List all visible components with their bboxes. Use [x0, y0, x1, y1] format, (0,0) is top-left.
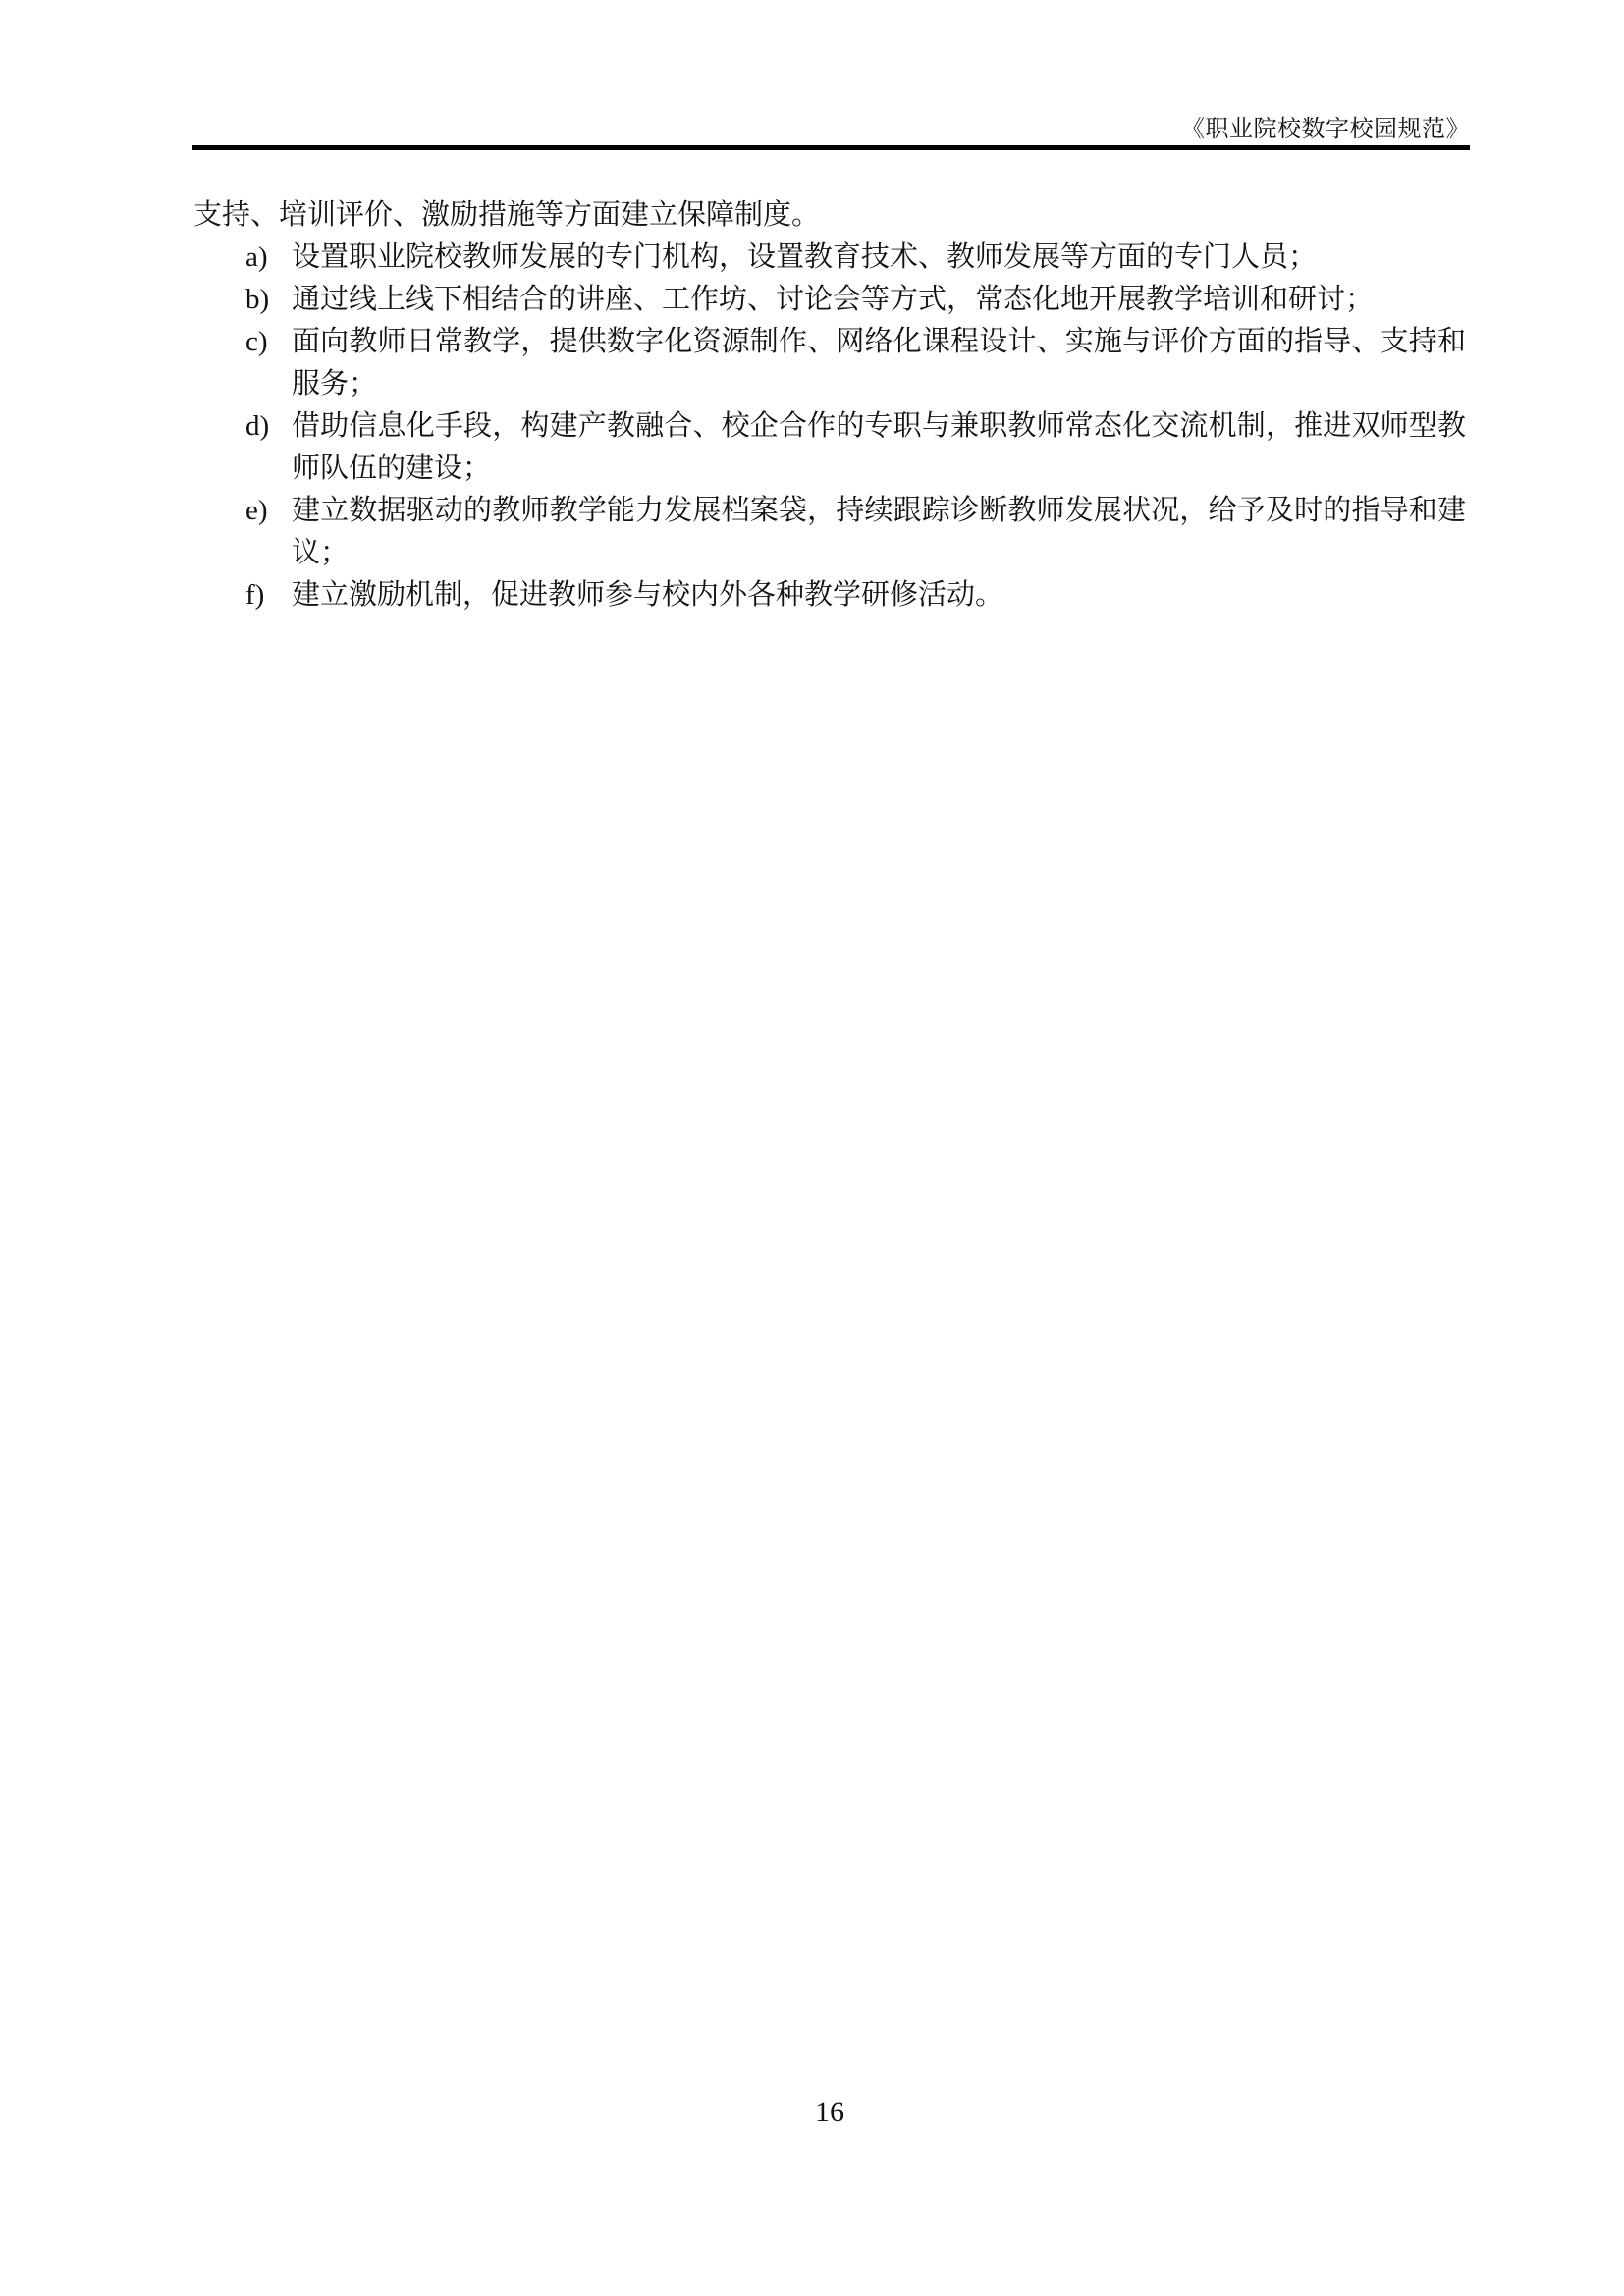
document-page: 《职业院校数字校园规范》 支持、培训评价、激励措施等方面建立保障制度。 a) 设…	[0, 0, 1624, 2296]
list-item: b) 通过线上线下相结合的讲座、工作坊、讨论会等方式，常态化地开展教学培训和研讨…	[193, 279, 1466, 321]
list-item-text: 通过线上线下相结合的讲座、工作坊、讨论会等方式，常态化地开展教学培训和研讨；	[292, 284, 1374, 315]
list-item: a) 设置职业院校教师发展的专门机构，设置教育技术、教师发展等方面的专门人员；	[193, 237, 1466, 279]
list-item-label: d)	[245, 405, 269, 448]
provision-list: a) 设置职业院校教师发展的专门机构，设置教育技术、教师发展等方面的专门人员； …	[193, 237, 1466, 616]
list-item: c) 面向教师日常教学，提供数字化资源制作、网络化课程设计、实施与评价方面的指导…	[193, 321, 1466, 405]
list-item: e) 建立数据驱动的教师教学能力发展档案袋，持续跟踪诊断教师发展状况，给予及时的…	[193, 490, 1466, 574]
list-item-text: 建立激励机制，促进教师参与校内外各种教学研修活动。	[292, 579, 1003, 611]
header-rule	[192, 145, 1470, 150]
list-item-text: 面向教师日常教学，提供数字化资源制作、网络化课程设计、实施与评价方面的指导、支持…	[292, 326, 1466, 400]
list-item-label: a)	[245, 237, 268, 279]
list-item: d) 借助信息化手段，构建产教融合、校企合作的专职与兼职教师常态化交流机制，推进…	[193, 405, 1466, 490]
page-content: 支持、培训评价、激励措施等方面建立保障制度。 a) 设置职业院校教师发展的专门机…	[193, 194, 1466, 616]
page-number: 16	[193, 2095, 1466, 2130]
list-item-text: 借助信息化手段，构建产教融合、校企合作的专职与兼职教师常态化交流机制，推进双师型…	[292, 410, 1466, 484]
intro-paragraph: 支持、培训评价、激励措施等方面建立保障制度。	[193, 194, 1466, 237]
page-header-title: 《职业院校数字校园规范》	[1181, 116, 1470, 143]
list-item-label: e)	[245, 490, 268, 532]
list-item-label: c)	[245, 321, 268, 363]
list-item-label: b)	[245, 279, 269, 321]
list-item-label: f)	[245, 574, 264, 616]
list-item-text: 建立数据驱动的教师教学能力发展档案袋，持续跟踪诊断教师发展状况，给予及时的指导和…	[292, 495, 1466, 568]
list-item: f) 建立激励机制，促进教师参与校内外各种教学研修活动。	[193, 574, 1466, 616]
list-item-text: 设置职业院校教师发展的专门机构，设置教育技术、教师发展等方面的专门人员；	[292, 241, 1317, 273]
